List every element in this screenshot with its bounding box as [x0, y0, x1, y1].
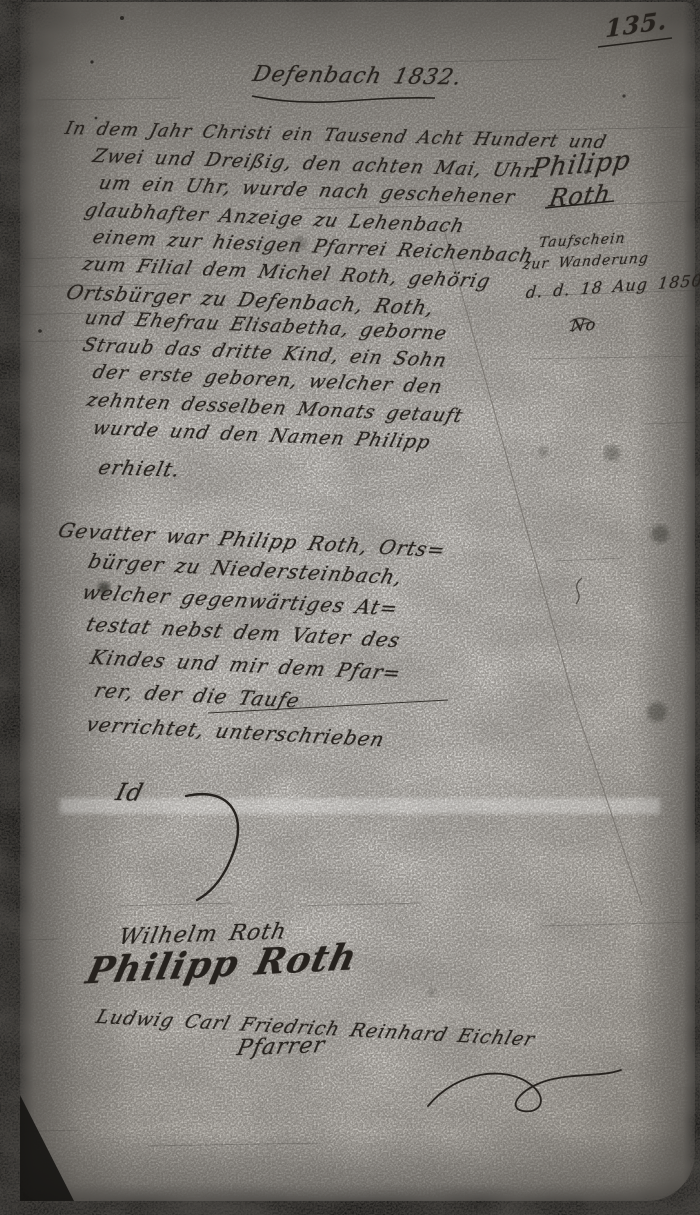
signature-pastor-title: Pfarrer — [235, 1033, 328, 1061]
entry-heading: Defenbach 1832. — [250, 62, 464, 91]
scanned-register-page: 135. Defenbach 1832. In dem Jahr Christi… — [0, 0, 700, 1215]
margin-name-line2: Roth — [547, 180, 613, 213]
margin-cert-no: No — [570, 315, 598, 335]
handwritten-line: erhielt. — [96, 455, 183, 482]
